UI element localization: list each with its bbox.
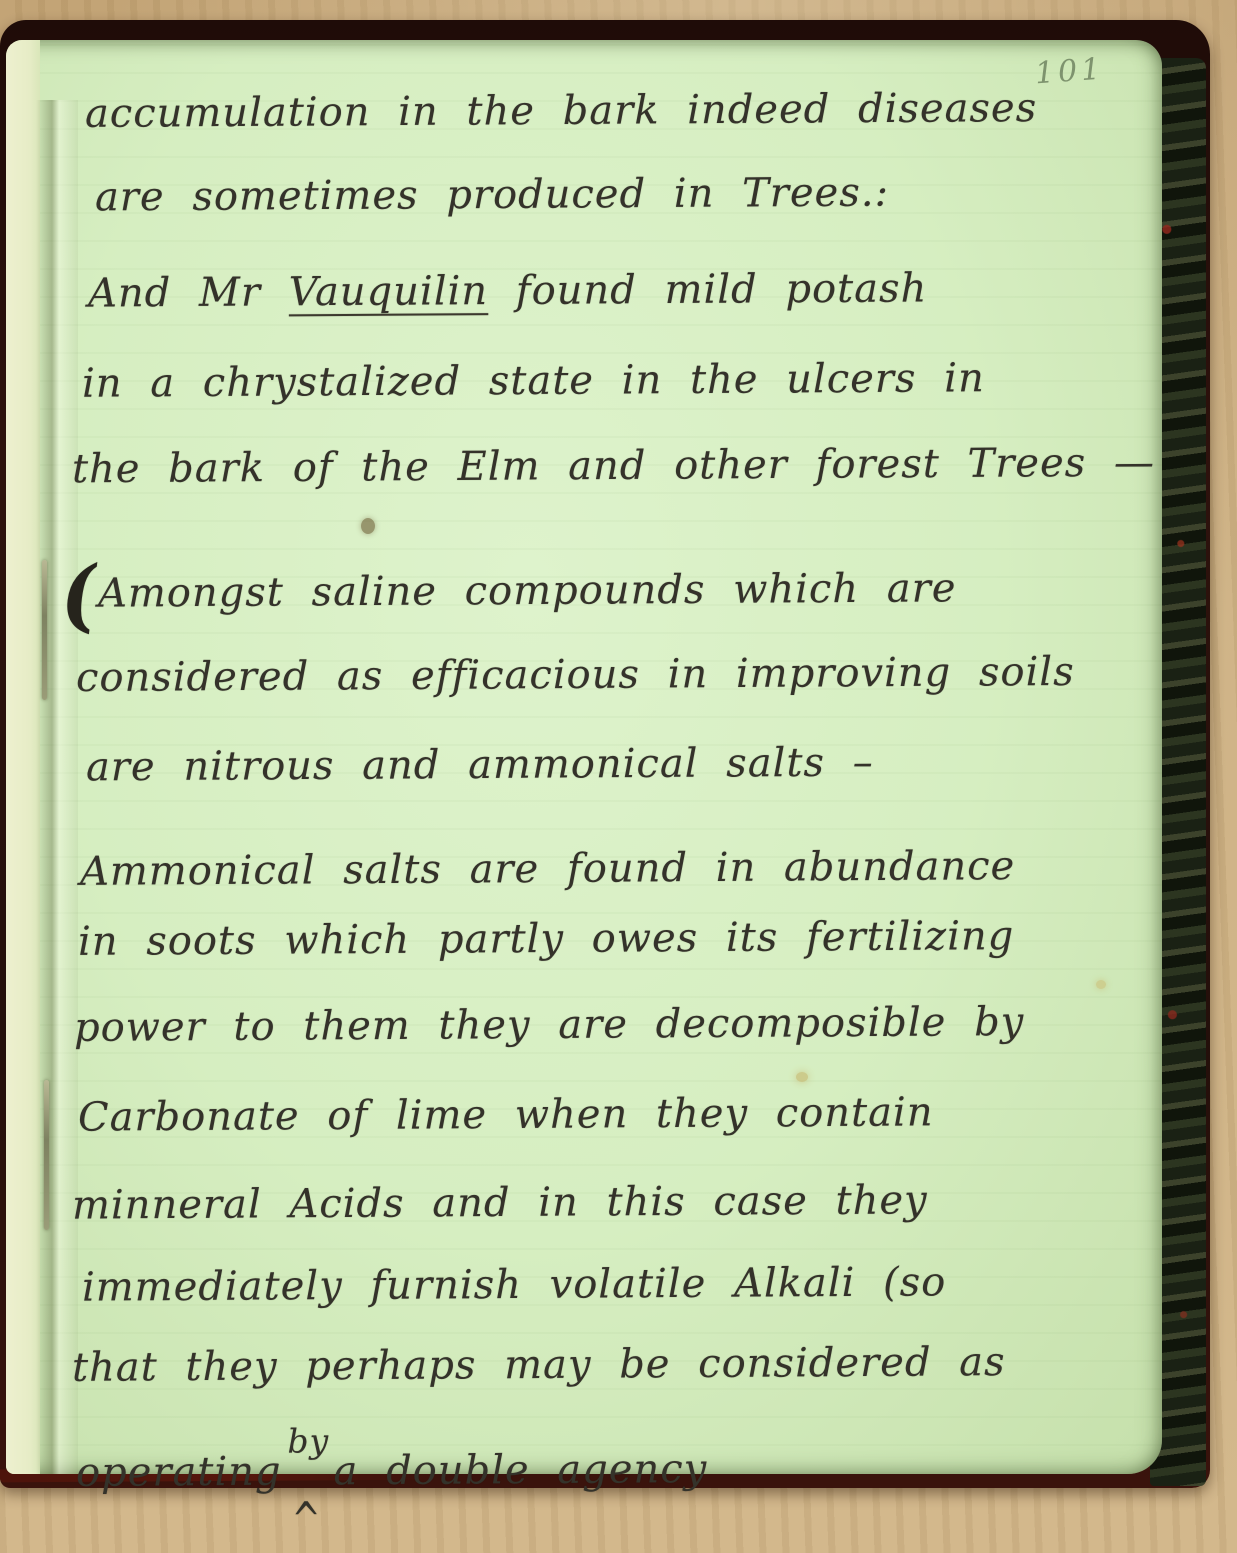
line-text: operating <box>76 1449 282 1496</box>
handwritten-line: accumulation in the bark indeed diseases <box>85 85 1037 137</box>
insertion-mark: by^ <box>282 1474 334 1484</box>
foxing-spot <box>796 1072 808 1082</box>
line-text: found mild potash <box>488 265 927 314</box>
handwritten-line: Ammonical salts are found in abundance <box>80 843 1016 895</box>
page-number: 101 <box>1034 52 1106 92</box>
binding-stitch <box>42 560 47 700</box>
handwritten-line: (Amongst saline compounds which are <box>98 565 957 616</box>
handwritten-line: minneral Acids and in this case they <box>72 1177 928 1228</box>
binding-stitch <box>44 1080 49 1230</box>
handwritten-line: And Mr Vauquilin found mild potash <box>88 265 928 316</box>
handwritten-line: immediately furnish volatile Alkali (so <box>82 1259 947 1310</box>
handwritten-line: in a chrystalized state in the ulcers in <box>82 355 985 407</box>
line-text: And Mr <box>88 269 289 316</box>
handwritten-line: operatingby^a double agency <box>76 1446 708 1496</box>
manuscript-page: 101 accumulation in the bark indeed dise… <box>6 40 1162 1474</box>
handwritten-line: are nitrous and ammonical salts – <box>86 740 874 791</box>
foxing-spot <box>1096 980 1106 989</box>
handwritten-line: in soots which partly owes its fertilizi… <box>78 913 1015 965</box>
gutter-crease <box>36 100 78 1474</box>
handwritten-line: power to them they are decomposible by <box>74 999 1025 1051</box>
inserted-word: by <box>287 1421 329 1460</box>
caret-icon: ^ <box>292 1492 322 1548</box>
handwritten-line: are sometimes produced in Trees.: <box>95 170 889 221</box>
handwritten-line: that they perhaps may be considered as <box>72 1339 1006 1391</box>
line-text: Amongst saline compounds which are <box>98 565 957 616</box>
underlined-name: Vauquilin <box>289 268 489 315</box>
line-text: a double agency <box>333 1446 707 1494</box>
ink-stain-spot <box>361 518 375 534</box>
margin-bracket: ( <box>57 549 102 643</box>
handwritten-line: Carbonate of lime when they contain <box>78 1089 934 1140</box>
handwritten-line: the bark of the Elm and other forest Tre… <box>72 440 1155 493</box>
page-gutter-edge <box>6 40 40 1474</box>
handwritten-line: considered as efficacious in improving s… <box>76 649 1075 701</box>
